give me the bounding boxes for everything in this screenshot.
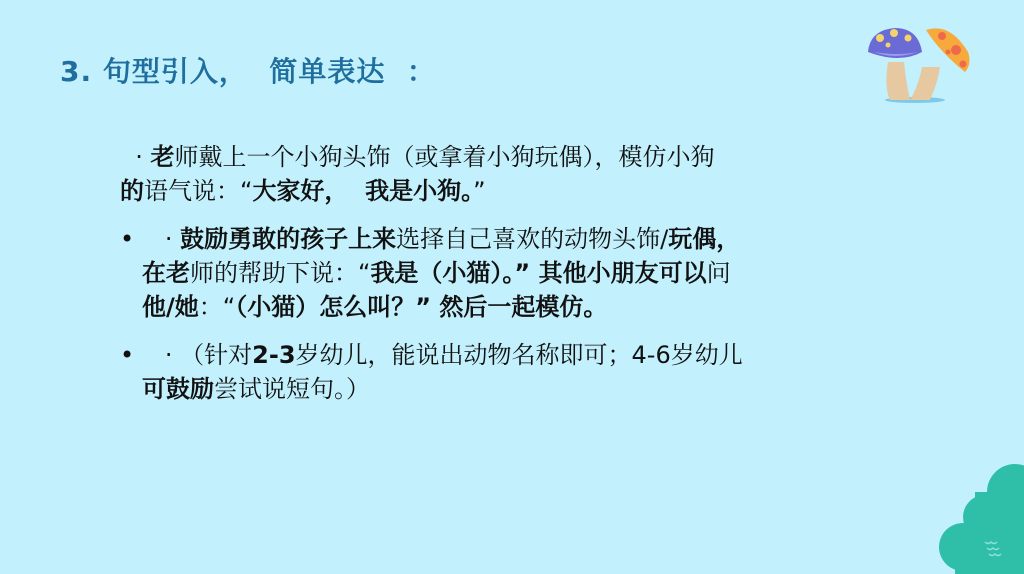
- text-segment: 岁幼儿，能说出动物名称即可；4-6岁幼儿: [296, 341, 743, 369]
- text-segment: · （针对: [142, 341, 252, 369]
- text-line: 在老师的帮助下说：“我是（小猫）。” 其他小朋友可以问: [142, 256, 910, 290]
- text-segment-bold: 大家好， 我是小狗。: [252, 177, 473, 205]
- text-segment: 问: [707, 259, 731, 287]
- text-segment-bold: （小猫）怎么叫？” 然后一起模仿。: [235, 293, 607, 321]
- text-segment: ·: [120, 143, 151, 171]
- text-segment: 师的帮助下说：“: [190, 259, 370, 287]
- text-segment-bold: 我是（小猫）。” 其他小朋友可以: [370, 259, 706, 287]
- bullet-icon: •: [120, 338, 134, 372]
- text-line: 他/她：“（小猫）怎么叫？” 然后一起模仿。: [142, 290, 910, 324]
- text-line: · （针对2-3岁幼儿，能说出动物名称即可；4-6岁幼儿: [142, 338, 910, 372]
- slide-title: 3. 句型引入， 简单表达 ：: [60, 50, 436, 90]
- text-segment: ·: [142, 225, 180, 253]
- text-line: · 鼓励勇敢的孩子上来选择自己喜欢的动物头饰/玩偶，: [142, 222, 910, 256]
- paragraph-1: · 老师戴上一个小狗头饰（或拿着小狗玩偶），模仿小狗 的语气说：“大家好， 我是…: [120, 140, 910, 208]
- paragraph-3: • · （针对2-3岁幼儿，能说出动物名称即可；4-6岁幼儿 可鼓励尝试说短句。…: [120, 338, 910, 406]
- slide: 3. 句型引入， 简单表达 ： · 老师戴上一个小狗头饰（或拿着小狗玩偶），模仿…: [0, 0, 1024, 574]
- text-segment-bold: 的: [120, 177, 144, 205]
- text-segment: 语气说：“: [144, 177, 252, 205]
- text-segment-bold: 鼓励勇敢的孩子上来: [180, 225, 396, 253]
- mushroom-icon: [860, 12, 980, 107]
- text-segment-bold: 他/她: [142, 293, 199, 321]
- bullet-icon: •: [120, 222, 134, 256]
- slide-body: · 老师戴上一个小狗头饰（或拿着小狗玩偶），模仿小狗 的语气说：“大家好， 我是…: [120, 140, 910, 420]
- text-segment-bold: 可鼓励: [142, 375, 214, 403]
- text-line: 可鼓励尝试说短句。）: [142, 372, 910, 406]
- paragraph-2: • · 鼓励勇敢的孩子上来选择自己喜欢的动物头饰/玩偶， 在老师的帮助下说：“我…: [120, 222, 910, 324]
- text-segment-bold: 老: [151, 143, 175, 171]
- text-segment: 尝试说短句。）: [214, 375, 370, 403]
- text-segment: 选择自己喜欢的动物头饰/: [396, 225, 668, 253]
- text-segment: ”: [473, 177, 485, 205]
- cloud-bush-icon: [935, 462, 1024, 574]
- text-segment-bold: 在老: [142, 259, 190, 287]
- text-segment: ：“: [199, 293, 235, 321]
- text-line: · 老师戴上一个小狗头饰（或拿着小狗玩偶），模仿小狗: [120, 140, 910, 174]
- text-segment-bold: 2-3: [252, 341, 295, 369]
- text-segment-bold: 玩偶，: [668, 225, 740, 253]
- text-segment: 师戴上一个小狗头饰（或拿着小狗玩偶），模仿小狗: [175, 143, 715, 171]
- text-line: 的语气说：“大家好， 我是小狗。”: [120, 174, 910, 208]
